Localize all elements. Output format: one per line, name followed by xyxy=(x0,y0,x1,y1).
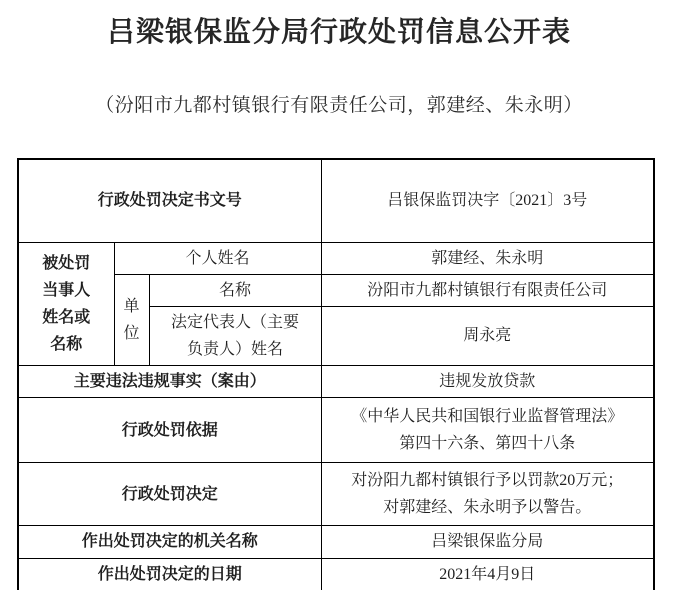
row-org-name: 单 位 名称 汾阳市九都村镇银行有限责任公司 xyxy=(18,274,654,306)
legal-representative-label: 法定代表人（主要 负责人）姓名 xyxy=(149,306,321,365)
main-violation-label: 主要违法违规事实（案由） xyxy=(18,366,321,398)
organization-label: 单 位 xyxy=(114,274,149,366)
org-name-label: 名称 xyxy=(149,274,321,306)
main-violation-value: 违规发放贷款 xyxy=(321,366,654,398)
penalty-basis-label: 行政处罚依据 xyxy=(18,398,321,463)
individual-name-value: 郭建经、朱永明 xyxy=(321,242,654,274)
punished-party-label: 被处罚 当事人 姓名或 名称 xyxy=(18,242,114,366)
decision-date-label: 作出处罚决定的日期 xyxy=(18,558,321,590)
page-subtitle: （汾阳市九都村镇银行有限责任公司，郭建经、朱永明） xyxy=(0,90,678,117)
penalty-decision-value: 对汾阳九都村镇银行予以罚款20万元； 对郭建经、朱永明予以警告。 xyxy=(321,463,654,526)
authority-name-label: 作出处罚决定的机关名称 xyxy=(18,526,321,558)
row-main-violation: 主要违法违规事实（案由） 违规发放贷款 xyxy=(18,366,654,398)
row-penalty-decision: 行政处罚决定 对汾阳九都村镇银行予以罚款20万元； 对郭建经、朱永明予以警告。 xyxy=(18,463,654,526)
row-decision-doc-number: 行政处罚决定书文号 吕银保监罚决字〔2021〕3号 xyxy=(18,159,654,242)
decision-date-value: 2021年4月9日 xyxy=(321,558,654,590)
individual-name-label: 个人姓名 xyxy=(114,242,321,274)
row-authority-name: 作出处罚决定的机关名称 吕梁银保监分局 xyxy=(18,526,654,558)
penalty-info-table: 行政处罚决定书文号 吕银保监罚决字〔2021〕3号 被处罚 当事人 姓名或 名称… xyxy=(17,158,655,590)
row-penalty-basis: 行政处罚依据 《中华人民共和国银行业监督管理法》 第四十六条、第四十八条 xyxy=(18,398,654,463)
decision-doc-number-value: 吕银保监罚决字〔2021〕3号 xyxy=(321,159,654,242)
authority-name-value: 吕梁银保监分局 xyxy=(321,526,654,558)
penalty-basis-value: 《中华人民共和国银行业监督管理法》 第四十六条、第四十八条 xyxy=(321,398,654,463)
legal-representative-value: 周永亮 xyxy=(321,306,654,365)
org-name-value: 汾阳市九都村镇银行有限责任公司 xyxy=(321,274,654,306)
row-decision-date: 作出处罚决定的日期 2021年4月9日 xyxy=(18,558,654,590)
penalty-disclosure-page: 吕梁银保监分局行政处罚信息公开表 （汾阳市九都村镇银行有限责任公司，郭建经、朱永… xyxy=(0,0,678,590)
decision-doc-number-label: 行政处罚决定书文号 xyxy=(18,159,321,242)
row-individual-name: 被处罚 当事人 姓名或 名称 个人姓名 郭建经、朱永明 xyxy=(18,242,654,274)
penalty-decision-label: 行政处罚决定 xyxy=(18,463,321,526)
page-title: 吕梁银保监分局行政处罚信息公开表 xyxy=(0,0,678,48)
